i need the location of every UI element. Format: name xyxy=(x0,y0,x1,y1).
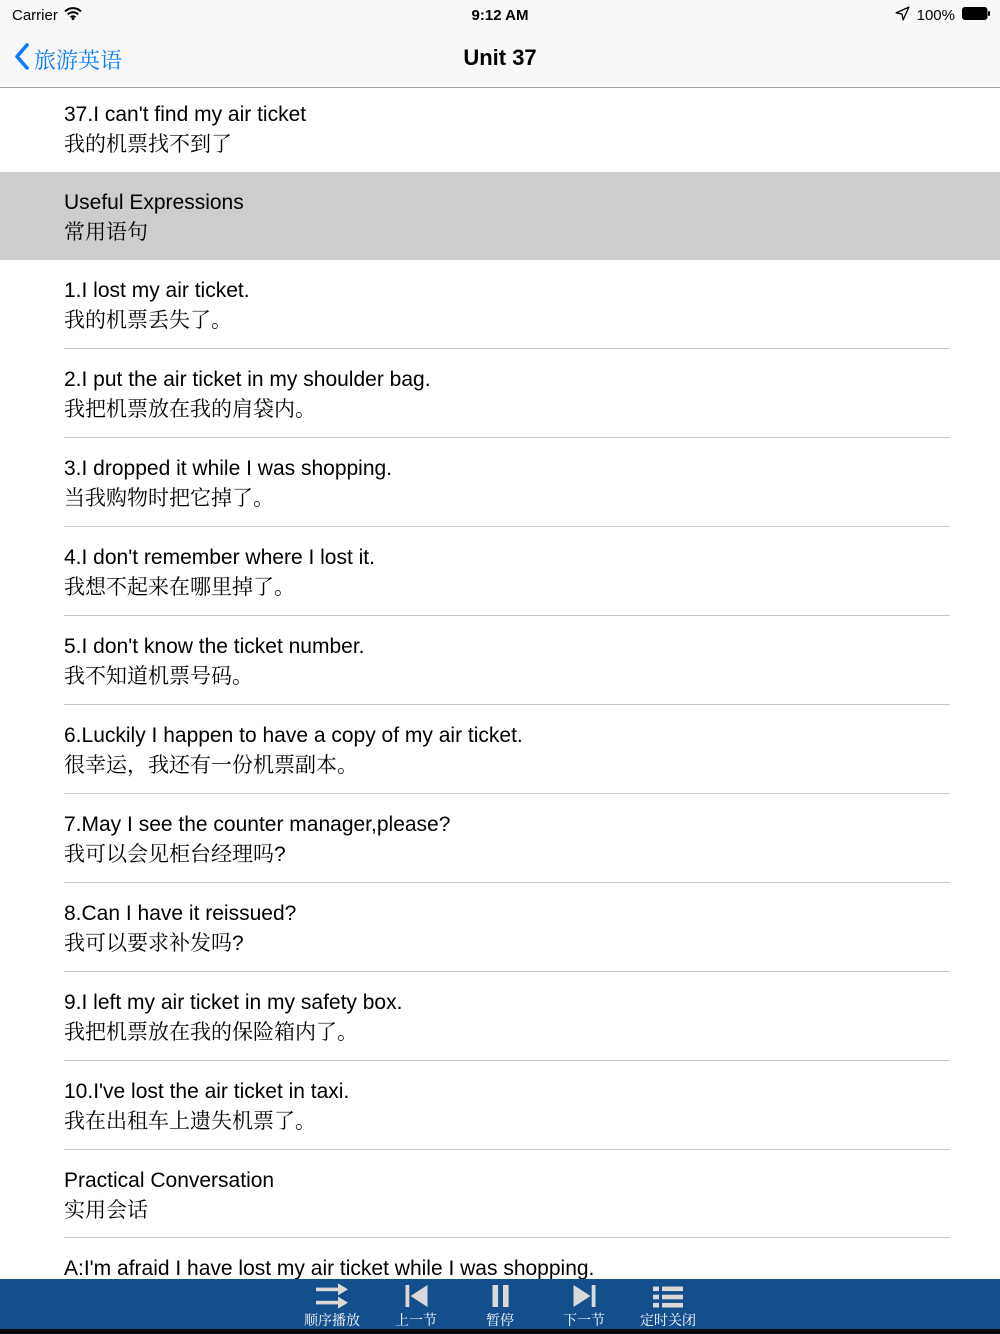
row-english: 5.I don't know the ticket number. xyxy=(64,632,950,662)
battery-percent: 100% xyxy=(917,7,955,24)
button-label: 定时关闭 xyxy=(640,1312,696,1328)
row-chinese: 我的机票丢失了。 xyxy=(64,306,950,336)
expression-row[interactable]: 2.I put the air ticket in my shoulder ba… xyxy=(0,349,1000,438)
row-english: 9.I left my air ticket in my safety box. xyxy=(64,988,950,1018)
location-arrow-icon xyxy=(895,6,910,25)
row-english: 10.I've lost the air ticket in taxi. xyxy=(64,1077,950,1107)
row-chinese: 我把机票放在我的保险箱内了。 xyxy=(64,1018,950,1048)
sleep-timer-button[interactable]: 定时关闭 xyxy=(626,1283,710,1328)
row-english: 7.May I see the counter manager,please? xyxy=(64,810,950,840)
row-chinese: 我可以要求补发吗? xyxy=(64,929,950,959)
sequence-play-icon xyxy=(315,1283,349,1309)
conversation-row[interactable]: A:I'm afraid I have lost my air ticket w… xyxy=(0,1238,1000,1284)
button-label: 顺序播放 xyxy=(304,1312,360,1328)
row-english: 1.I lost my air ticket. xyxy=(64,276,950,306)
row-english: 4.I don't remember where I lost it. xyxy=(64,543,950,573)
expression-row[interactable]: 4.I don't remember where I lost it. 我想不起… xyxy=(0,527,1000,616)
navigation-bar: 旅游英语 Unit 37 xyxy=(0,30,1000,88)
row-english: 2.I put the air ticket in my shoulder ba… xyxy=(64,365,950,395)
row-chinese: 我不知道机票号码。 xyxy=(64,662,950,692)
row-chinese: 很幸运，我还有一份机票副本。 xyxy=(64,751,950,781)
expression-row[interactable]: 6.Luckily I happen to have a copy of my … xyxy=(0,705,1000,794)
timer-list-icon xyxy=(653,1283,683,1309)
row-chinese: 我想不起来在哪里掉了。 xyxy=(64,573,950,603)
audio-toolbar: 顺序播放 上一节 暂停 xyxy=(0,1279,1000,1334)
status-bar: Carrier 9:12 AM 100% xyxy=(0,0,1000,30)
expression-row[interactable]: 3.I dropped it while I was shopping. 当我购… xyxy=(0,438,1000,527)
page-title: Unit 37 xyxy=(0,45,1000,71)
expression-row[interactable]: 8.Can I have it reissued? 我可以要求补发吗? xyxy=(0,883,1000,972)
pause-icon xyxy=(490,1283,511,1309)
row-english: 8.Can I have it reissued? xyxy=(64,899,950,929)
expression-row[interactable]: 5.I don't know the ticket number. 我不知道机票… xyxy=(0,616,1000,705)
section-header-row[interactable]: Practical Conversation 实用会话 xyxy=(0,1150,1000,1238)
clock: 9:12 AM xyxy=(0,0,1000,30)
previous-section-button[interactable]: 上一节 xyxy=(374,1283,458,1328)
button-label: 下一节 xyxy=(563,1312,605,1328)
row-english: Practical Conversation xyxy=(64,1166,950,1196)
row-chinese: 当我购物时把它掉了。 xyxy=(64,484,950,514)
battery-icon xyxy=(962,7,990,24)
next-section-button[interactable]: 下一节 xyxy=(542,1283,626,1328)
toolbar-bottom-strip xyxy=(0,1329,1000,1334)
row-chinese: 常用语句 xyxy=(64,218,950,248)
expression-row[interactable]: 10.I've lost the air ticket in taxi. 我在出… xyxy=(0,1061,1000,1150)
row-chinese: 我在出租车上遗失机票了。 xyxy=(64,1107,950,1137)
lesson-list[interactable]: 37.I can't find my air ticket 我的机票找不到了 U… xyxy=(0,88,1000,1334)
skip-previous-icon xyxy=(404,1283,429,1309)
skip-next-icon xyxy=(572,1283,597,1309)
row-english: Useful Expressions xyxy=(64,188,950,218)
row-chinese: 我把机票放在我的肩袋内。 xyxy=(64,395,950,425)
row-chinese: 我可以会见柜台经理吗? xyxy=(64,840,950,870)
lesson-title-row[interactable]: 37.I can't find my air ticket 我的机票找不到了 xyxy=(0,88,1000,172)
row-english: 37.I can't find my air ticket xyxy=(64,100,950,130)
play-mode-button[interactable]: 顺序播放 xyxy=(290,1283,374,1328)
expression-row[interactable]: 7.May I see the counter manager,please? … xyxy=(0,794,1000,883)
button-label: 上一节 xyxy=(395,1312,437,1328)
pause-button[interactable]: 暂停 xyxy=(458,1283,542,1328)
expression-row[interactable]: 9.I left my air ticket in my safety box.… xyxy=(0,972,1000,1061)
app-screen: Carrier 9:12 AM 100% xyxy=(0,0,1000,1334)
row-chinese: 我的机票找不到了 xyxy=(64,130,950,160)
button-label: 暂停 xyxy=(486,1312,514,1328)
expression-row[interactable]: 1.I lost my air ticket. 我的机票丢失了。 xyxy=(0,260,1000,349)
section-header-row-highlighted[interactable]: Useful Expressions 常用语句 xyxy=(0,172,1000,260)
row-chinese: 实用会话 xyxy=(64,1196,950,1226)
row-english: 6.Luckily I happen to have a copy of my … xyxy=(64,721,950,751)
row-english: 3.I dropped it while I was shopping. xyxy=(64,454,950,484)
